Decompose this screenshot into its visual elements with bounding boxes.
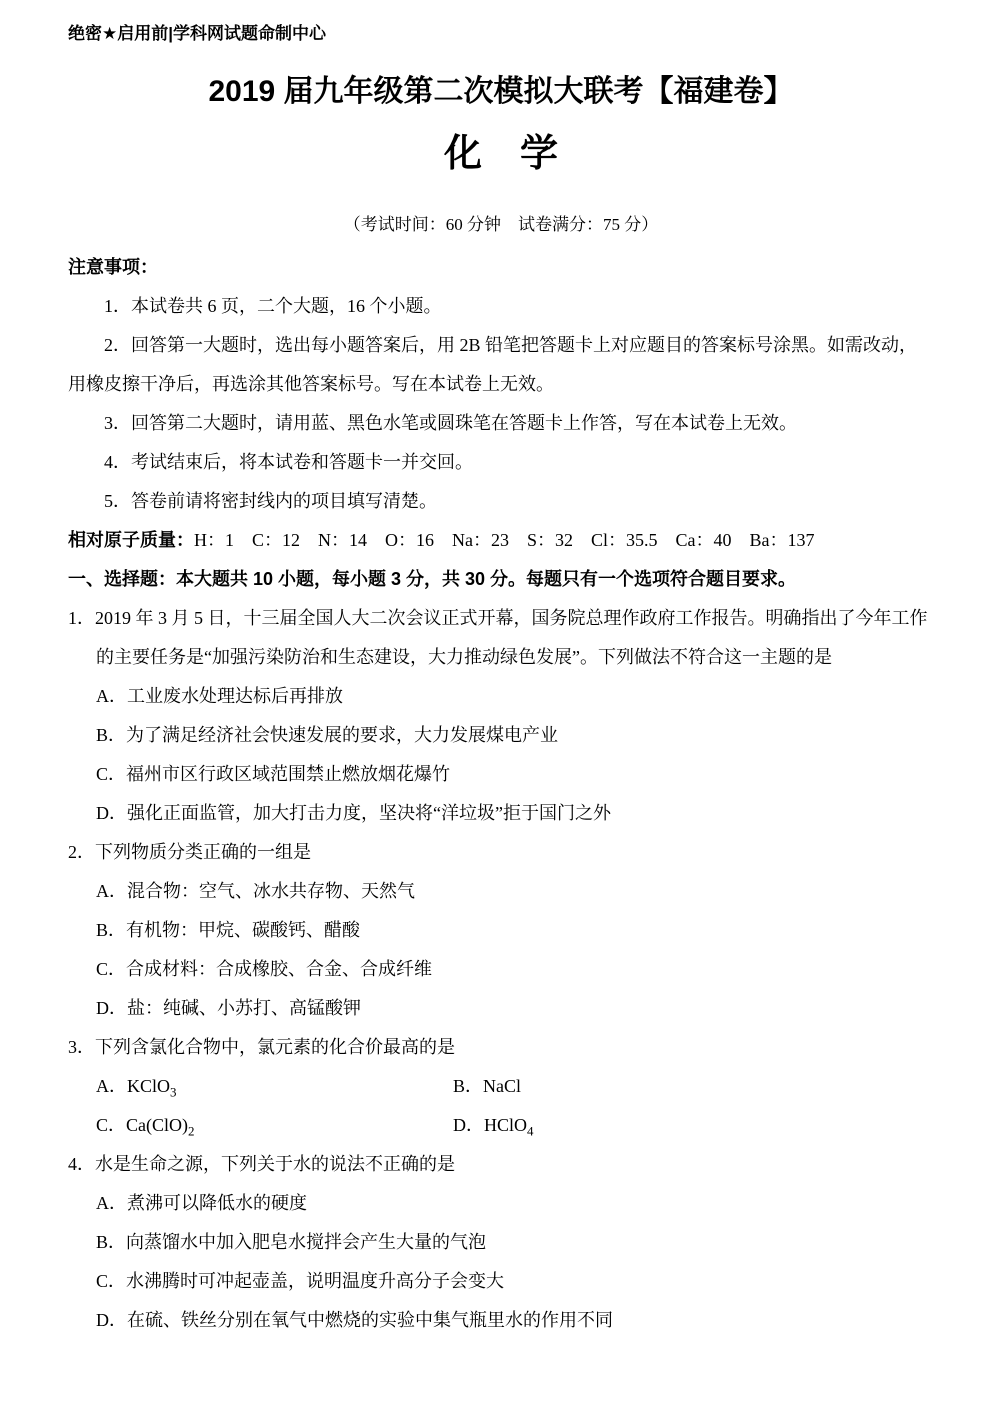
- notice-item-3: 3．回答第二大题时，请用蓝、黑色水笔或圆珠笔在答题卡上作答，写在本试卷上无效。: [68, 404, 934, 443]
- notice-heading: 注意事项：: [68, 248, 934, 287]
- option-formula: B．NaCl: [453, 1076, 521, 1096]
- option-b: B．NaCl: [453, 1067, 934, 1106]
- question-stem: 2．下列物质分类正确的一组是: [68, 833, 934, 872]
- formula-subscript: 3: [170, 1085, 177, 1100]
- option-b: B．向蒸馏水中加入肥皂水搅拌会产生大量的气泡: [68, 1223, 934, 1262]
- exam-paper-page: 绝密★启用前|学科网试题命制中心 2019 届九年级第二次模拟大联考【福建卷】 …: [0, 0, 992, 1403]
- option-c: C．福州市区行政区域范围禁止燃放烟花爆竹: [68, 755, 934, 794]
- options-row-2: C．Ca(ClO)2 D．HClO4: [68, 1106, 934, 1145]
- option-d: D．HClO4: [453, 1106, 934, 1145]
- question-stem: 4．水是生命之源，下列关于水的说法不正确的是: [68, 1145, 934, 1184]
- paper-body: 注意事项： 1．本试卷共 6 页，二个大题，16 个小题。 2．回答第一大题时，…: [68, 248, 934, 1340]
- atomic-mass-values: H：1 C：12 N：14 O：16 Na：23 S：32 Cl：35.5 Ca…: [194, 530, 815, 550]
- option-d: D．在硫、铁丝分别在氧气中燃烧的实验中集气瓶里水的作用不同: [68, 1301, 934, 1340]
- formula-subscript: 4: [527, 1124, 534, 1139]
- option-c: C．合成材料：合成橡胶、合金、合成纤维: [68, 950, 934, 989]
- option-c: C．Ca(ClO)2: [96, 1106, 453, 1145]
- subject-title: 化 学: [68, 132, 934, 176]
- classification-header: 绝密★启用前|学科网试题命制中心: [68, 24, 934, 44]
- formula-subscript: 2: [188, 1124, 195, 1139]
- atomic-mass-line: 相对原子质量：H：1 C：12 N：14 O：16 Na：23 S：32 Cl：…: [68, 521, 934, 560]
- option-b: B．为了满足经济社会快速发展的要求，大力发展煤电产业: [68, 716, 934, 755]
- section-one-heading: 一、选择题：本大题共 10 小题，每小题 3 分，共 30 分。每题只有一个选项…: [68, 560, 934, 599]
- notice-item-5: 5．答卷前请将密封线内的项目填写清楚。: [68, 482, 934, 521]
- option-d: D．强化正面监管，加大打击力度，坚决将“洋垃圾”拒于国门之外: [68, 794, 934, 833]
- exam-duration-and-score: （考试时间：60 分钟 试卷满分：75 分）: [68, 214, 934, 236]
- option-b: B．有机物：甲烷、碳酸钙、醋酸: [68, 911, 934, 950]
- option-formula: D．HClO: [453, 1115, 527, 1135]
- notice-item-1: 1．本试卷共 6 页，二个大题，16 个小题。: [68, 287, 934, 326]
- option-a: A．工业废水处理达标后再排放: [68, 677, 934, 716]
- notice-item-4: 4．考试结束后，将本试卷和答题卡一并交回。: [68, 443, 934, 482]
- option-a: A．煮沸可以降低水的硬度: [68, 1184, 934, 1223]
- option-d: D．盐：纯碱、小苏打、高锰酸钾: [68, 989, 934, 1028]
- option-formula: C．Ca(ClO): [96, 1115, 188, 1135]
- option-a: A．混合物：空气、冰水共存物、天然气: [68, 872, 934, 911]
- question-1: 1．2019 年 3 月 5 日，十三届全国人大二次会议正式开幕，国务院总理作政…: [68, 599, 934, 833]
- question-2: 2．下列物质分类正确的一组是 A．混合物：空气、冰水共存物、天然气 B．有机物：…: [68, 833, 934, 1028]
- options-row-1: A．KClO3 B．NaCl: [68, 1067, 934, 1106]
- exam-title: 2019 届九年级第二次模拟大联考【福建卷】: [68, 74, 934, 110]
- question-stem: 1．2019 年 3 月 5 日，十三届全国人大二次会议正式开幕，国务院总理作政…: [68, 599, 934, 677]
- question-stem: 3．下列含氯化合物中，氯元素的化合价最高的是: [68, 1028, 934, 1067]
- question-4: 4．水是生命之源，下列关于水的说法不正确的是 A．煮沸可以降低水的硬度 B．向蒸…: [68, 1145, 934, 1340]
- question-3: 3．下列含氯化合物中，氯元素的化合价最高的是 A．KClO3 B．NaCl C．…: [68, 1028, 934, 1145]
- notice-item-2: 2．回答第一大题时，选出每小题答案后，用 2B 铅笔把答题卡上对应题目的答案标号…: [68, 326, 934, 404]
- option-formula: A．KClO: [96, 1076, 170, 1096]
- option-c: C．水沸腾时可冲起壶盖，说明温度升高分子会变大: [68, 1262, 934, 1301]
- atomic-mass-label: 相对原子质量：: [68, 530, 194, 550]
- option-a: A．KClO3: [96, 1067, 453, 1106]
